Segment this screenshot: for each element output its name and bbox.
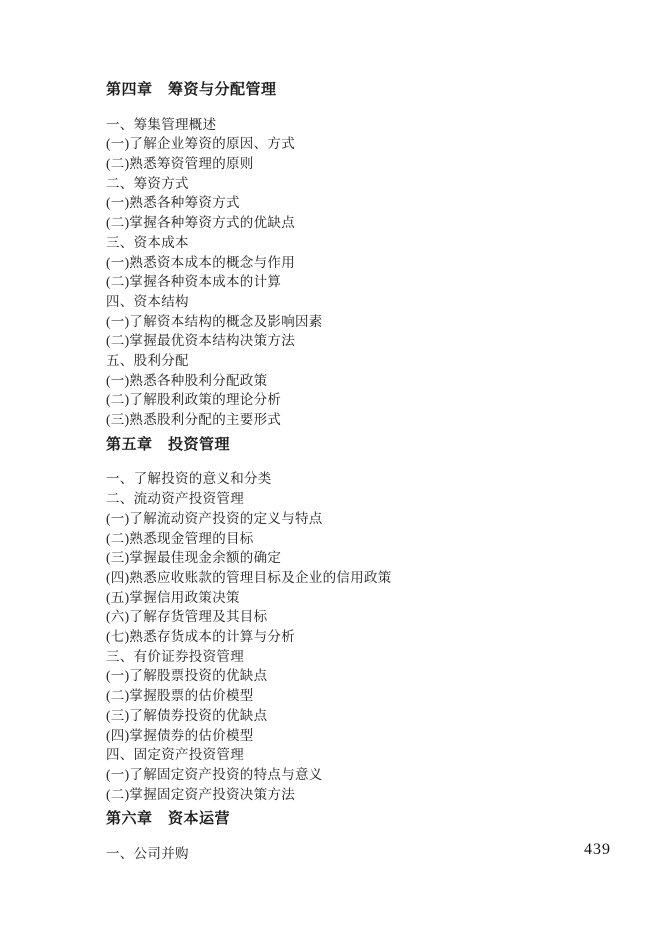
syllabus-line: 二、流动资产投资管理 bbox=[106, 489, 392, 509]
syllabus-line: 四、资本结构 bbox=[106, 292, 392, 312]
document-page: 第四章 筹资与分配管理一、筹集管理概述(一)了解企业筹资的原因、方式(二)熟悉筹… bbox=[0, 0, 655, 935]
syllabus-line: (二)熟悉筹资管理的原则 bbox=[106, 154, 392, 174]
syllabus-line: (二)掌握各种资本成本的计算 bbox=[106, 272, 392, 292]
syllabus-line: (三)掌握最佳现金余额的确定 bbox=[106, 548, 392, 568]
syllabus-line: (五)掌握信用政策决策 bbox=[106, 588, 392, 608]
syllabus-line: (一)了解固定资产投资的特点与意义 bbox=[106, 765, 392, 785]
syllabus-line: (四)熟悉应收账款的管理目标及企业的信用政策 bbox=[106, 568, 392, 588]
syllabus-line: (一)熟悉各种股利分配政策 bbox=[106, 371, 392, 391]
syllabus-line: (一)了解资本结构的概念及影响因素 bbox=[106, 312, 392, 332]
syllabus-line: (二)了解股利政策的理论分析 bbox=[106, 390, 392, 410]
chapter-heading: 第五章 投资管理 bbox=[106, 436, 392, 456]
syllabus-line: 五、股利分配 bbox=[106, 351, 392, 371]
syllabus-content: 第四章 筹资与分配管理一、筹集管理概述(一)了解企业筹资的原因、方式(二)熟悉筹… bbox=[106, 81, 392, 864]
syllabus-line: (一)了解流动资产投资的定义与特点 bbox=[106, 509, 392, 529]
syllabus-line: 三、资本成本 bbox=[106, 233, 392, 253]
syllabus-line: (一)了解股票投资的优缺点 bbox=[106, 666, 392, 686]
syllabus-line: (六)了解存货管理及其目标 bbox=[106, 607, 392, 627]
syllabus-line: 一、了解投资的意义和分类 bbox=[106, 469, 392, 489]
chapter-heading: 第六章 资本运营 bbox=[106, 810, 392, 830]
syllabus-line: (三)熟悉股利分配的主要形式 bbox=[106, 410, 392, 430]
syllabus-line: (二)掌握固定资产投资决策方法 bbox=[106, 785, 392, 805]
page-number: 439 bbox=[584, 841, 611, 859]
chapter-heading: 第四章 筹资与分配管理 bbox=[106, 81, 392, 101]
syllabus-line: (七)熟悉存货成本的计算与分析 bbox=[106, 627, 392, 647]
syllabus-line: 二、筹资方式 bbox=[106, 174, 392, 194]
syllabus-line: (二)掌握各种筹资方式的优缺点 bbox=[106, 213, 392, 233]
syllabus-line: 一、筹集管理概述 bbox=[106, 115, 392, 135]
syllabus-line: (二)熟悉现金管理的目标 bbox=[106, 529, 392, 549]
syllabus-line: 四、固定资产投资管理 bbox=[106, 745, 392, 765]
syllabus-line: (二)掌握最优资本结构决策方法 bbox=[106, 331, 392, 351]
syllabus-line: (一)熟悉各种筹资方式 bbox=[106, 193, 392, 213]
syllabus-line: 三、有价证券投资管理 bbox=[106, 647, 392, 667]
syllabus-line: (一)了解企业筹资的原因、方式 bbox=[106, 134, 392, 154]
syllabus-line: (四)掌握债券的估价模型 bbox=[106, 726, 392, 746]
syllabus-line: (一)熟悉资本成本的概念与作用 bbox=[106, 253, 392, 273]
syllabus-line: (二)掌握股票的估价模型 bbox=[106, 686, 392, 706]
syllabus-line: (三)了解债券投资的优缺点 bbox=[106, 706, 392, 726]
syllabus-line: 一、公司并购 bbox=[106, 844, 392, 864]
